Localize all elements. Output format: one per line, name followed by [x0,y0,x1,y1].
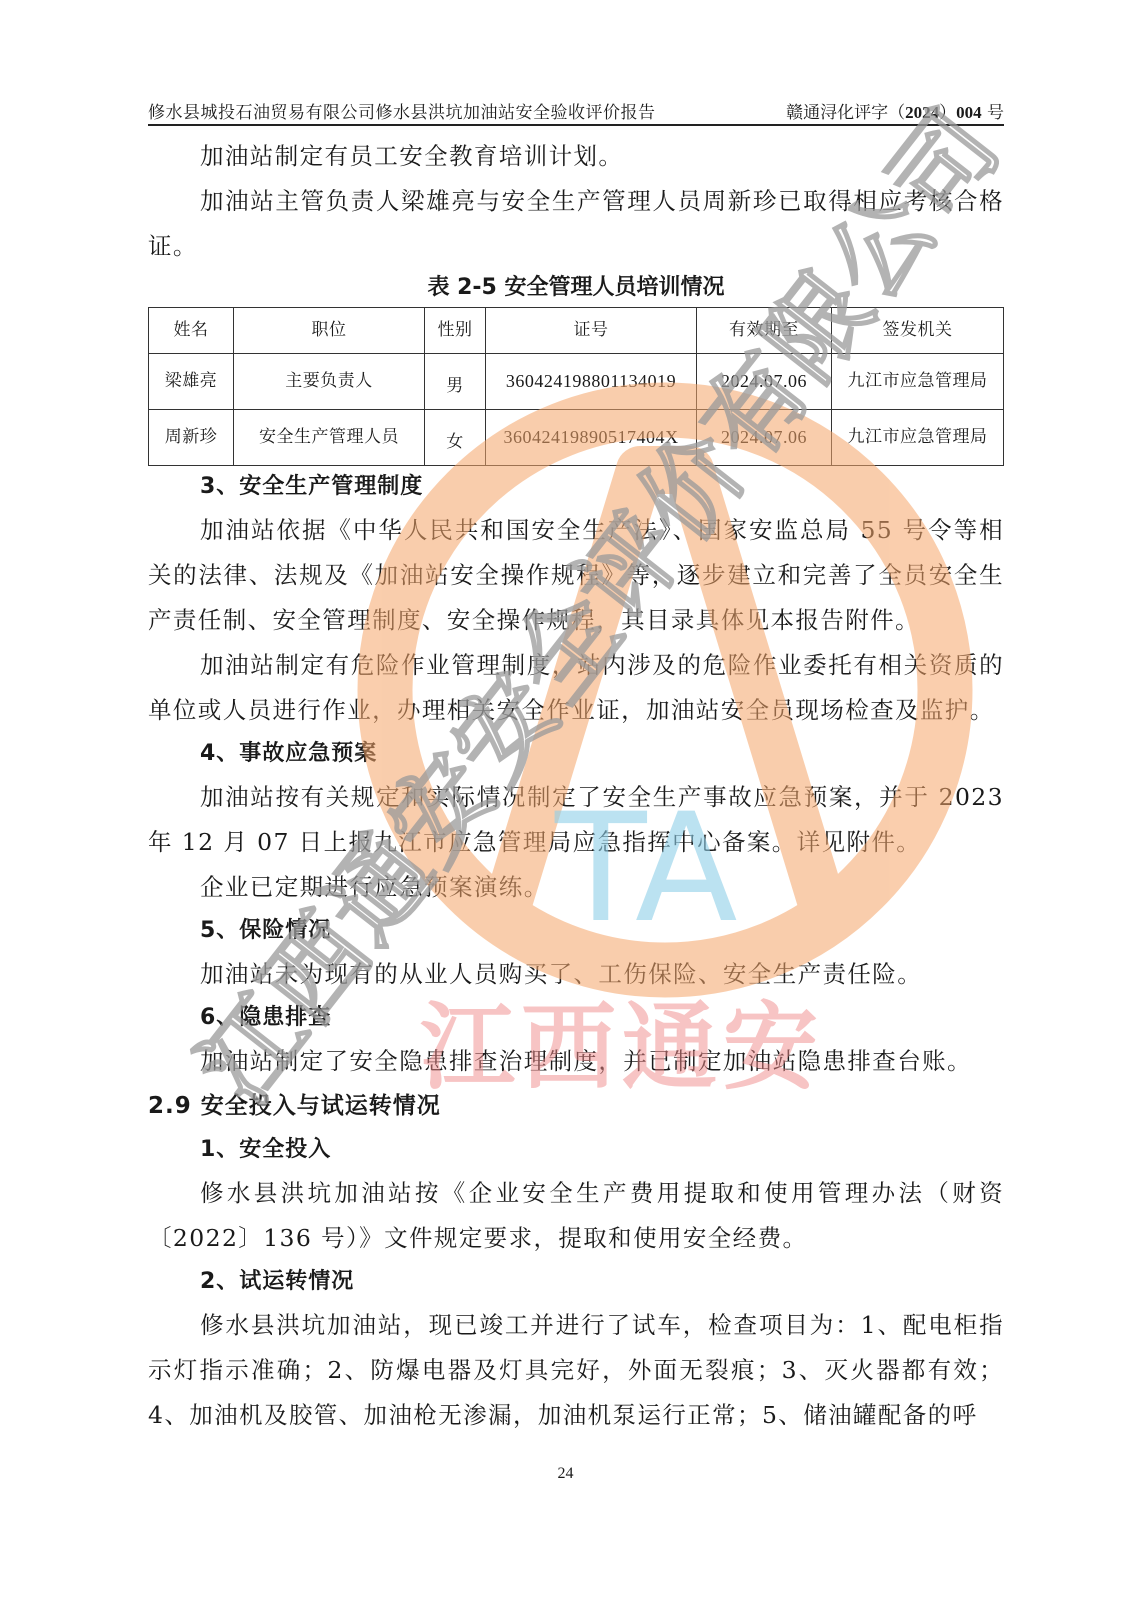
col-header-position: 职位 [234,308,425,354]
cell-gender: 女 [425,410,486,466]
paragraph: 修水县洪坑加油站按《企业安全生产费用提取和使用管理办法（财资〔2022〕136 … [148,1171,1004,1261]
section-heading: 1、安全投入 [148,1129,1004,1171]
paragraph: 修水县洪坑加油站，现已竣工并进行了试车，检查项目为：1、配电柜指示灯指示准确；2… [148,1303,1004,1438]
cell-issuer: 九江市应急管理局 [832,410,1004,466]
col-header-cert-no: 证号 [486,308,697,354]
cell-name: 周新珍 [149,410,234,466]
cell-cert-no: 36042419890517404X [486,410,697,466]
section-heading: 4、事故应急预案 [148,733,1004,775]
table-header-row: 姓名 职位 性别 证号 有效期至 签发机关 [149,308,1004,354]
paragraph: 加油站制定了安全隐患排查治理制度，并已制定加油站隐患排查台账。 [148,1039,1004,1084]
section-heading: 3、安全生产管理制度 [148,466,1004,508]
paragraph: 加油站未为现有的从业人员购买了、工伤保险、安全生产责任险。 [148,952,1004,997]
col-header-valid-until: 有效期至 [697,308,832,354]
col-header-gender: 性别 [425,308,486,354]
training-table: 姓名 职位 性别 证号 有效期至 签发机关 梁雄亮 主要负责人 男 360424… [148,307,1004,466]
cell-gender: 男 [425,354,486,410]
document-page: 修水县城投石油贸易有限公司修水县洪坑加油站安全验收评价报告 赣通浔化评字（202… [0,0,1131,1600]
table-row: 梁雄亮 主要负责人 男 360424198801134019 2024.07.0… [149,354,1004,410]
cell-valid-until: 2024.07.06 [697,354,832,410]
header-report-title: 修水县城投石油贸易有限公司修水县洪坑加油站安全验收评价报告 [148,98,656,123]
table-title: 表 2-5 安全管理人员培训情况 [148,271,1004,305]
paragraph: 加油站制定有危险作业管理制度，站内涉及的危险作业委托有相关资质的单位或人员进行作… [148,643,1004,733]
paragraph: 加油站依据《中华人民共和国安全生产法》、国家安监总局 55 号令等相关的法律、法… [148,508,1004,643]
col-header-issuer: 签发机关 [832,308,1004,354]
cell-issuer: 九江市应急管理局 [832,354,1004,410]
paragraph: 加油站制定有员工安全教育培训计划。 [148,134,1004,179]
page-body: 加油站制定有员工安全教育培训计划。 加油站主管负责人梁雄亮与安全生产管理人员周新… [148,134,1004,1438]
section-heading: 2、试运转情况 [148,1261,1004,1303]
section-heading: 6、隐患排查 [148,997,1004,1039]
cell-name: 梁雄亮 [149,354,234,410]
paragraph: 企业已定期进行应急预案演练。 [148,865,1004,910]
page-number: 24 [0,1465,1131,1483]
table-row: 周新珍 安全生产管理人员 女 36042419890517404X 2024.0… [149,410,1004,466]
cell-position: 安全生产管理人员 [234,410,425,466]
header-report-number: 赣通浔化评字（2024）004 号 [786,98,1004,123]
cell-valid-until: 2024.07.06 [697,410,832,466]
page-header: 修水县城投石油贸易有限公司修水县洪坑加油站安全验收评价报告 赣通浔化评字（202… [148,96,1004,126]
paragraph: 加油站主管负责人梁雄亮与安全生产管理人员周新珍已取得相应考核合格证。 [148,179,1004,269]
cell-position: 主要负责人 [234,354,425,410]
section-heading: 5、保险情况 [148,910,1004,952]
cell-cert-no: 360424198801134019 [486,354,697,410]
col-header-name: 姓名 [149,308,234,354]
chapter-heading: 2.9 安全投入与试运转情况 [148,1084,1004,1129]
paragraph: 加油站按有关规定和实际情况制定了安全生产事故应急预案，并于 2023 年 12 … [148,775,1004,865]
